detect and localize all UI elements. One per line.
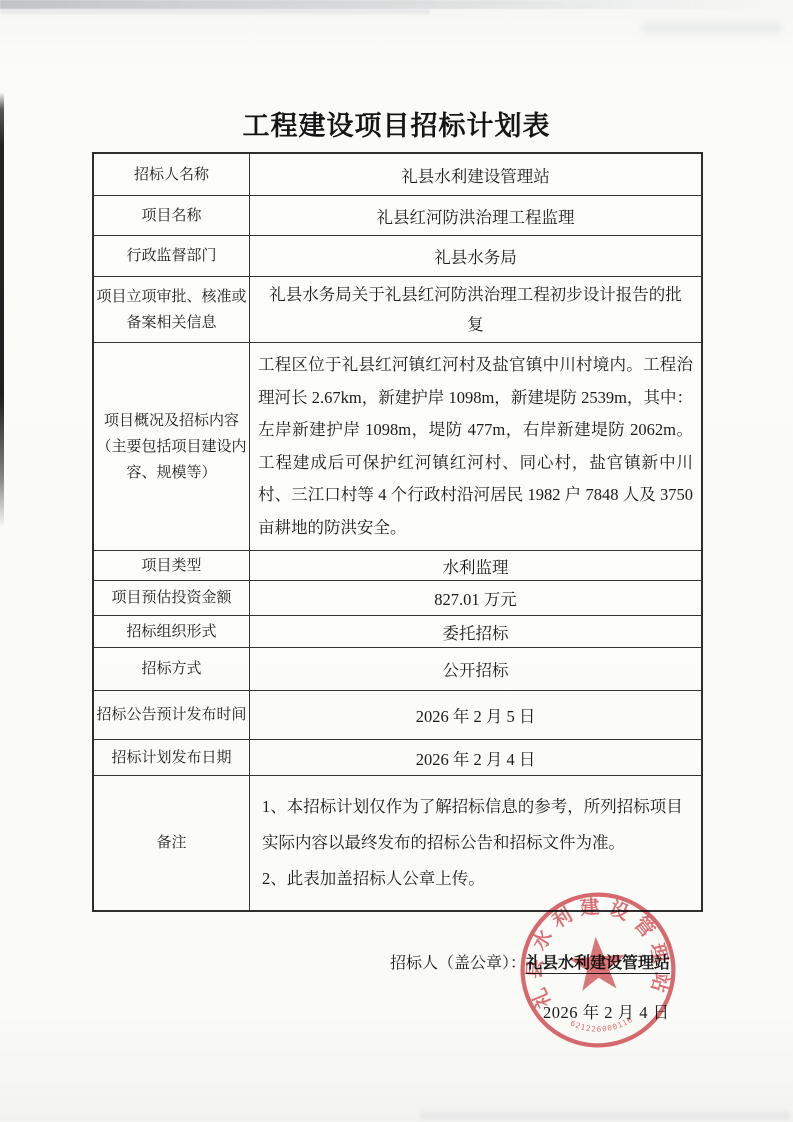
document-title: 工程建设项目招标计划表 <box>0 104 793 143</box>
seal-code: 621226000116 <box>568 1014 635 1036</box>
table-row: 项目概况及招标内容 （主要包括项目建设内 容、规模等） 工程区位于礼县红河镇红河… <box>94 342 701 550</box>
scan-edge-left <box>0 92 4 528</box>
row-value: 水利监理 <box>250 551 701 580</box>
table-row: 招标人名称 礼县水利建设管理站 <box>94 154 701 195</box>
table-row: 招标公告预计发布时间 2026 年 2 月 5 日 <box>94 690 701 739</box>
scan-edge-top-smudge <box>0 9 430 14</box>
row-label: 项目预估投资金额 <box>94 581 250 615</box>
row-value: 礼县水利建设管理站 <box>250 154 701 195</box>
row-label: 招标方式 <box>94 648 250 690</box>
scan-smudge-top-right <box>642 22 782 34</box>
row-label: 项目名称 <box>94 196 250 235</box>
row-value: 工程区位于礼县红河镇红河村及盐官镇中川村境内。工程治理河长 2.67km，新建护… <box>250 343 701 550</box>
row-value: 委托招标 <box>250 616 701 647</box>
row-label: 项目概况及招标内容 （主要包括项目建设内 容、规模等） <box>94 343 250 550</box>
row-label: 招标人名称 <box>94 154 250 195</box>
scan-edge-top <box>0 0 772 9</box>
table-row: 招标计划发布日期 2026 年 2 月 4 日 <box>94 739 701 775</box>
table-row: 项目名称 礼县红河防洪治理工程监理 <box>94 195 701 235</box>
svg-text:621226000116: 621226000116 <box>568 1014 635 1036</box>
row-label: 招标计划发布日期 <box>94 740 250 775</box>
bidding-plan-table: 招标人名称 礼县水利建设管理站 项目名称 礼县红河防洪治理工程监理 行政监督部门… <box>92 152 703 912</box>
row-value: 公开招标 <box>250 648 701 690</box>
row-value: 礼县水务局关于礼县红河防洪治理工程初步设计报告的批 复 <box>250 277 701 342</box>
row-label: 项目类型 <box>94 551 250 580</box>
official-seal: 礼县水利建设管理站 621226000116 <box>506 878 690 1062</box>
table-row: 招标方式 公开招标 <box>94 647 701 690</box>
row-label: 行政监督部门 <box>94 236 250 276</box>
row-value: 827.01 万元 <box>250 581 701 615</box>
row-label: 招标公告预计发布时间 <box>94 691 250 739</box>
table-row: 项目预估投资金额 827.01 万元 <box>94 580 701 615</box>
seal-star <box>568 935 627 992</box>
table-row: 项目立项审批、核准或 备案相关信息 礼县水务局关于礼县红河防洪治理工程初步设计报… <box>94 276 701 342</box>
table-row: 行政监督部门 礼县水务局 <box>94 235 701 276</box>
table-row: 招标组织形式 委托招标 <box>94 615 701 647</box>
signer-label: 招标人（盖公章）： <box>390 955 526 972</box>
row-value: 2026 年 2 月 5 日 <box>250 691 701 739</box>
row-value: 礼县水务局 <box>250 236 701 276</box>
scan-edge-bottom <box>420 1112 790 1120</box>
row-label: 招标组织形式 <box>94 616 250 647</box>
row-value: 2026 年 2 月 4 日 <box>250 740 701 775</box>
row-label: 项目立项审批、核准或 备案相关信息 <box>94 277 250 342</box>
row-value: 礼县红河防洪治理工程监理 <box>250 196 701 235</box>
table-row: 项目类型 水利监理 <box>94 550 701 580</box>
row-label: 备注 <box>94 776 250 910</box>
